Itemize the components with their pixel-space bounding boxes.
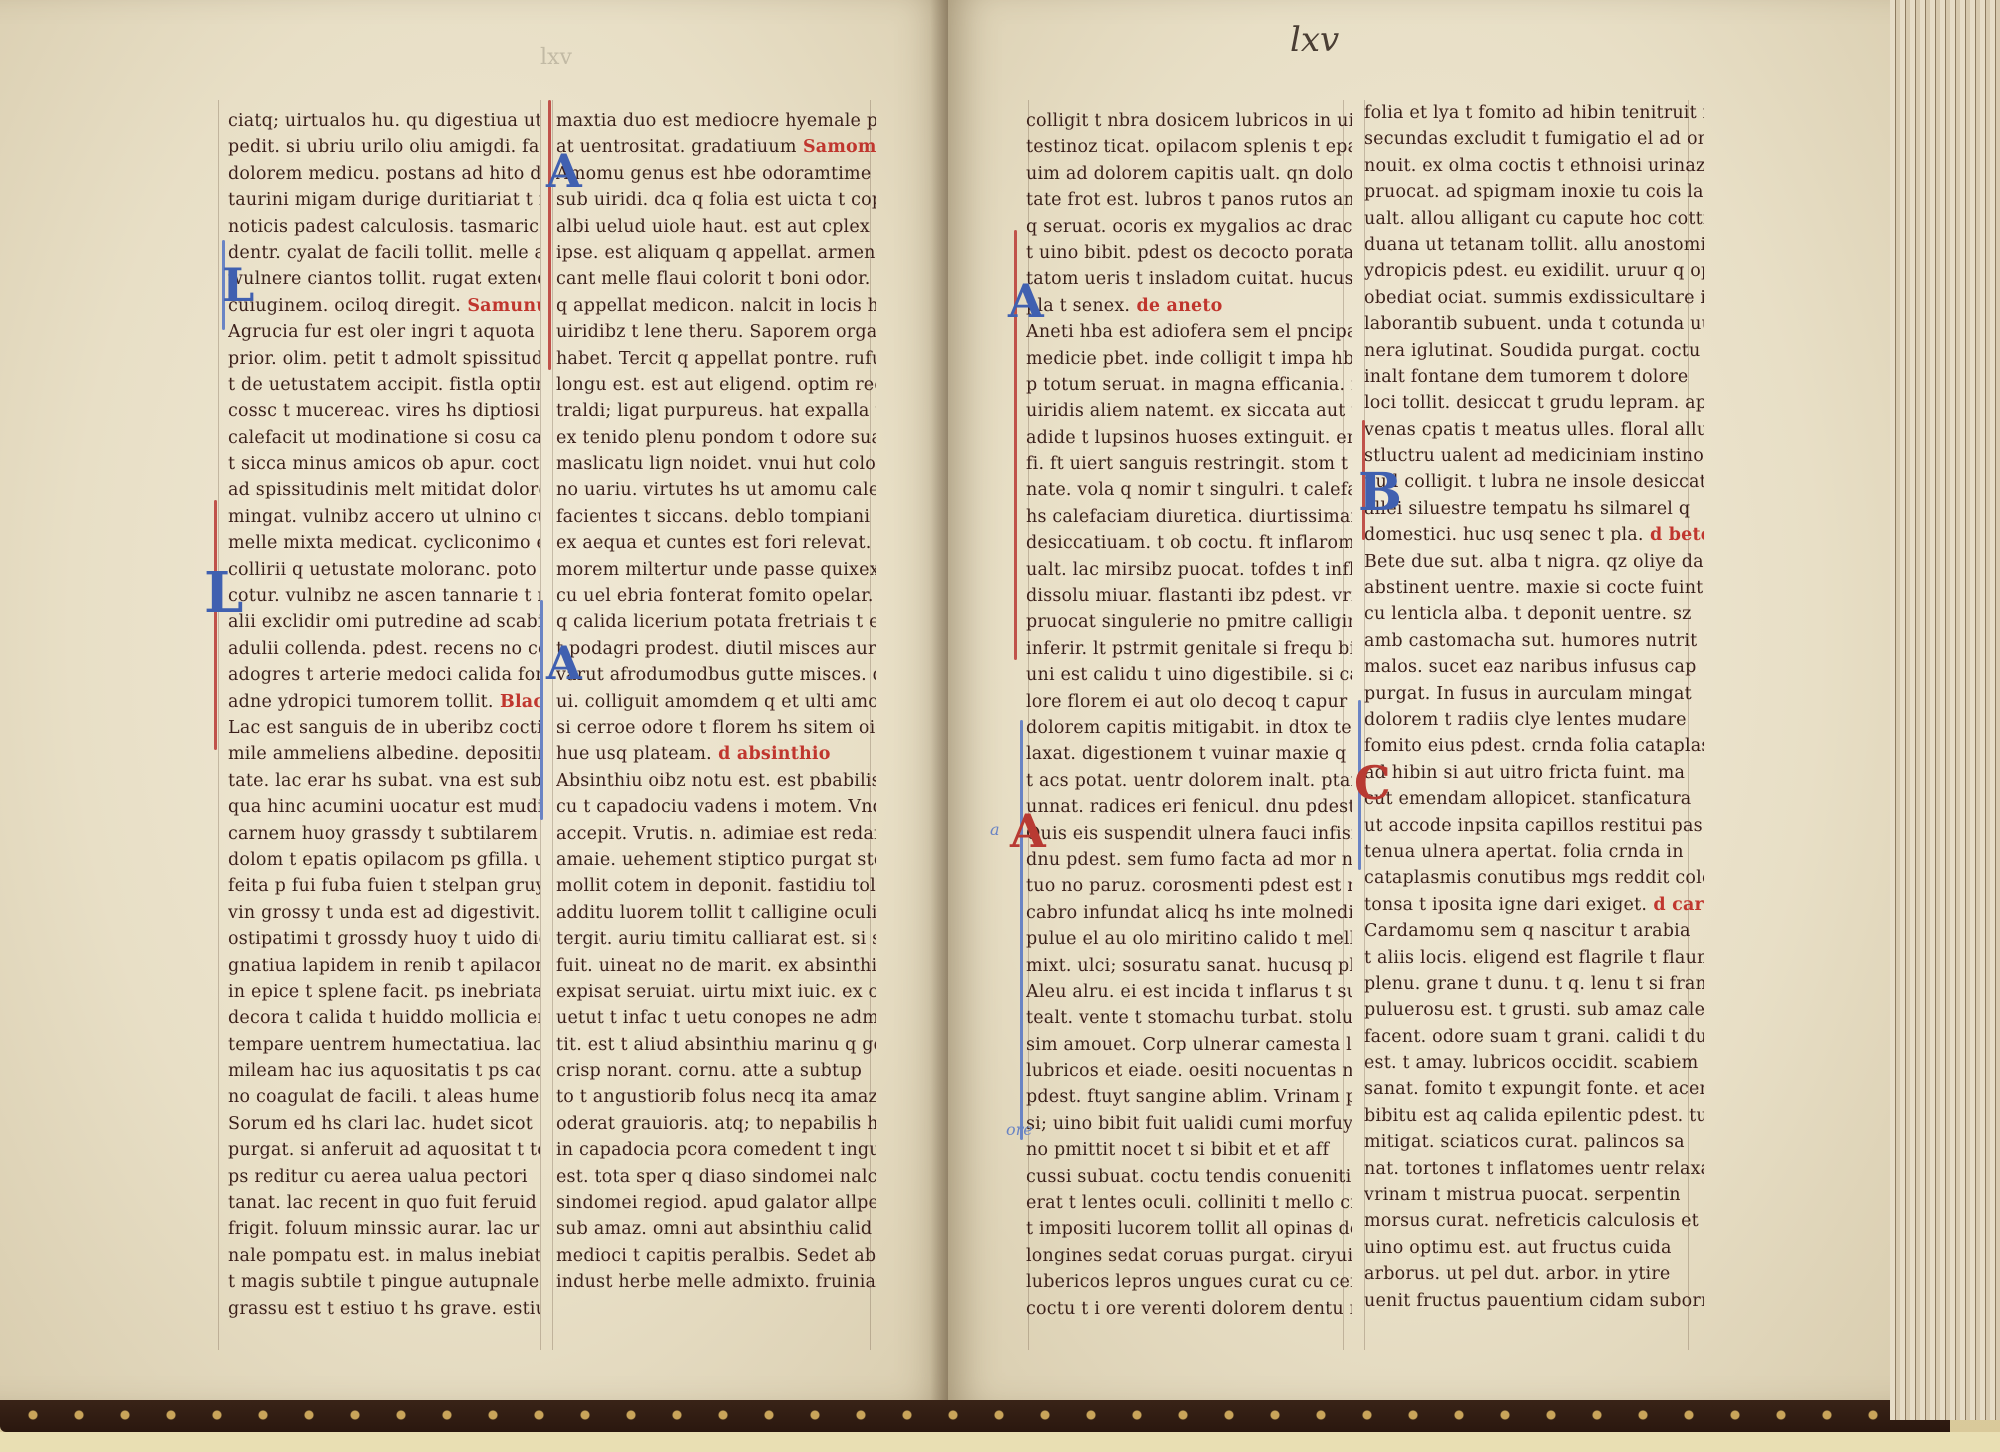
text-line: cussi subuat. coctu tendis conueniti pod… xyxy=(1026,1164,1352,1190)
line-text: dissolu miuar. flastanti ibz pdest. vrin… xyxy=(1026,586,1352,606)
text-line: medicie pbet. inde colligit t impa hba s… xyxy=(1026,346,1352,372)
text-line: cotur. vulnibz ne ascen tannarie t nat xyxy=(228,583,540,609)
text-line: in capadocia pcora comedent t ingugia xyxy=(556,1137,876,1163)
line-text: ex tenido plenu pondom t odore suane q xyxy=(556,428,876,448)
line-text: ut accode inpsita capillos restitui pas xyxy=(1364,816,1703,836)
line-text: Aneti hba est adiofera sem el pncipalit … xyxy=(1026,322,1352,342)
text-line: obediat ociat. summis exdissicultare ith xyxy=(1364,285,1704,311)
text-line: albi uelud uiole haut. est aut cplex amo… xyxy=(556,214,876,240)
text-line: p totum seruat. in magna efficania. radi… xyxy=(1026,372,1352,398)
line-text: pruocat. ad spigmam inoxie tu cois lanri… xyxy=(1364,182,1704,202)
line-text: no uariu. virtutes hs ut amomu calef xyxy=(556,480,876,500)
initial-L-agrucia: L xyxy=(222,262,254,308)
text-line: mingat. vulnibz accero ut ulnino cu xyxy=(228,504,540,530)
line-text: adne ydropici tumorem tollit. xyxy=(228,692,494,712)
text-line: frigit. foluum minssic aurar. lac ur xyxy=(228,1216,540,1242)
line-text: tealt. vente t stomachu turbat. stolu si… xyxy=(1026,1008,1352,1028)
line-text: tate. lac erar hs subat. vna est subtil … xyxy=(228,771,540,791)
line-text: arborus. ut pel dut. arbor. in ytire xyxy=(1364,1264,1670,1284)
line-text: mollit cotem in deponit. fastidiu tollit… xyxy=(556,876,876,896)
line-text: longu est. est aut eligend. optim recet xyxy=(556,375,876,395)
line-text: mileam hac ius aquositatis t ps cada xyxy=(228,1061,540,1081)
text-line: mollit cotem in deponit. fastidiu tollit… xyxy=(556,873,876,899)
text-line: facent. odore suam t grani. calidi t dur… xyxy=(1364,1024,1704,1050)
line-text: cut emendam allopicet. stanficatura xyxy=(1364,789,1691,809)
line-text: cu t capadociu vadens i motem. Vnde nom xyxy=(556,797,876,817)
line-text: mingat. vulnibz accero ut ulnino cu xyxy=(228,507,540,527)
line-text: tempare uentrem humectatiua. lac xyxy=(228,1035,540,1055)
line-text: cant melle flaui colorit t boni odor. al… xyxy=(556,269,876,289)
text-line: no pmittit nocet t si bibit et et aff xyxy=(1026,1137,1352,1163)
text-line: inalt fontane dem tumorem t dolore xyxy=(1364,364,1704,390)
line-text: laxat. digestionem t vuinar maxie q coct xyxy=(1026,744,1352,764)
line-text: tenua ulnera apertat. folia crnda in xyxy=(1364,842,1684,862)
background-surface xyxy=(0,1432,2000,1452)
text-line: mileam hac ius aquositatis t ps cada xyxy=(228,1058,540,1084)
line-text: noticis padest calculosis. tasmarica me xyxy=(228,217,540,237)
text-line: cu uel ebria fonterat fomito opelar. hu xyxy=(556,583,876,609)
line-text: cotur. vulnibz ne ascen tannarie t nat xyxy=(228,586,540,606)
text-line: fuit. uineat no de marit. ex absinthiu xyxy=(556,953,876,979)
text-line: dolorem t radiis clye lentes mudare xyxy=(1364,707,1704,733)
text-line: amaie. uehement stiptico purgat stom uer… xyxy=(556,847,876,873)
line-text: p totum seruat. in magna efficania. radi… xyxy=(1026,375,1352,395)
text-line: nera iglutinat. Soudida purgat. coctu xyxy=(1364,338,1704,364)
line-text: folia et lya t fomito ad hibin tenitruit… xyxy=(1364,103,1704,123)
line-text: crisp norant. cornu. atte a subtup xyxy=(556,1061,862,1081)
line-text: duana ut tetanam tollit. allu anostomia xyxy=(1364,235,1704,255)
line-text: t de uetustatem accipit. fistla optima q xyxy=(228,375,540,395)
text-line: inferir. lt pstrmit genitale si frequ bi… xyxy=(1026,636,1352,662)
line-text: Quis eis suspendit ulnera fauci infisios… xyxy=(1026,824,1352,844)
line-text: t magis subtile t pingue autupnale xyxy=(228,1272,539,1292)
ruling-line xyxy=(552,100,553,1350)
line-text: taurini migam durige duritiariat t nesci… xyxy=(228,190,540,210)
line-text: lubericos lepros ungues curat cu cerit t… xyxy=(1026,1272,1352,1292)
line-text: ad spissitudinis melt mitidat dolore ocu… xyxy=(228,480,540,500)
line-text: mitigat. sciaticos curat. palincos sa xyxy=(1364,1132,1685,1152)
text-line: facientes t siccans. deblo tompiani ocul… xyxy=(556,504,876,530)
text-line: t de uetustatem accipit. fistla optima q xyxy=(228,372,540,398)
text-line: pla t senex. de aneto xyxy=(1026,293,1352,319)
line-text: sub amaz. omni aut absinthiu calid est xyxy=(556,1219,876,1239)
line-text: inferir. lt pstrmit genitale si frequ bi… xyxy=(1026,639,1352,659)
text-line: cu lenticla alba. t deponit uentre. sz xyxy=(1364,601,1704,627)
line-text: dolorem t radiis clye lentes mudare xyxy=(1364,710,1687,730)
text-line: expisat seruiat. uirtu mixt iuic. ex ole xyxy=(556,979,876,1005)
text-line: melle mixta medicat. cycliconimo et xyxy=(228,530,540,556)
line-text: collirii q uetustate moloranc. poto mi xyxy=(228,560,540,580)
line-text: habet. Tercit q appellat pontre. rufu no xyxy=(556,349,876,369)
line-text: Amomu genus est hbe odoramtime colorat xyxy=(556,164,876,184)
text-line: traldi; ligat purpureus. hat expalla t xyxy=(556,398,876,424)
text-line: cabro infundat alicq hs inte molnedi pue xyxy=(1026,900,1352,926)
line-text: Aleu alru. ei est incida t inflarus t su… xyxy=(1026,982,1352,1002)
text-line: Lac est sanguis de in uberibz cocti. de … xyxy=(228,715,540,741)
line-text: wulnere ciantos tollit. rugat extendit xyxy=(228,269,540,289)
text-line: erat t lentes oculi. colliniti t mello c… xyxy=(1026,1190,1352,1216)
line-text: pdest. ftuyt sangine ablim. Vrinam pruoc… xyxy=(1026,1087,1352,1107)
text-line: Sorum ed hs clari lac. hudet sicot xyxy=(228,1111,540,1137)
text-line: coctu t i ore verenti dolorem dentu ming… xyxy=(1026,1296,1352,1322)
text-line: maslicatu lign noidet. vnui hut colore xyxy=(556,451,876,477)
text-line: noticis padest calculosis. tasmarica me xyxy=(228,214,540,240)
line-text: abstinent uentre. maxie si cocte fuint xyxy=(1364,578,1703,598)
text-line: duana ut tetanam tollit. allu anostomia xyxy=(1364,232,1704,258)
text-line: tonsa t iposita igne dari exiget. d card… xyxy=(1364,892,1704,918)
text-line: pruocat. ad spigmam inoxie tu cois lanri… xyxy=(1364,179,1704,205)
text-line: ad hibin si aut uitro fricta fuint. ma xyxy=(1364,760,1704,786)
line-text: q seruat. ocoris ex mygalios ac draconis… xyxy=(1026,217,1352,237)
text-line: laxat. digestionem t vuinar maxie q coct xyxy=(1026,741,1352,767)
text-line: grassu est t estiuo t hs grave. estiuale xyxy=(228,1296,540,1322)
text-line: lore florem ei aut olo decoq t capur ung… xyxy=(1026,689,1352,715)
line-text: sanat. fomito t expungit fonte. et acero xyxy=(1364,1079,1704,1099)
text-line: si; uino bibit fuit ualidi cumi morfuy xyxy=(1026,1111,1352,1137)
text-line: habet. Tercit q appellat pontre. rufu no xyxy=(556,346,876,372)
text-line: calefacit ut modinatione si cosu calido xyxy=(228,425,540,451)
text-line: domestici. huc usq senec t pla. d bete xyxy=(1364,522,1704,548)
line-text: mile ammeliens albedine. depositime t hi… xyxy=(228,744,540,764)
text-line: sub amaz. omni aut absinthiu calid est xyxy=(556,1216,876,1242)
text-line: uim ad dolorem capitis ualt. qn dolor ex… xyxy=(1026,161,1352,187)
text-line: ps reditur cu aerea ualua pectori xyxy=(228,1164,540,1190)
text-line: q calida licerium potata fretriais t epa… xyxy=(556,609,876,635)
line-text: tanat. lac recent in quo fuit feruid cal… xyxy=(228,1193,540,1213)
initial-C-cardamomu: C xyxy=(1354,760,1391,806)
line-text: uetut t infac t uetu conopes ne admit xyxy=(556,1008,876,1028)
line-text: pedit. si ubriu urilo oliu amigdi. facit… xyxy=(228,137,540,157)
line-text: tonsa t iposita igne dari exiget. xyxy=(1364,895,1647,915)
text-line: sanat. fomito t expungit fonte. et acero xyxy=(1364,1076,1704,1102)
text-line: ualt. lac mirsibz puocat. tofdes t infla… xyxy=(1026,557,1352,583)
line-text: nouit. ex olma coctis t ethnoisi urinaz xyxy=(1364,156,1704,176)
line-text: ciatq; uirtualos hu. qu digestiua utcrus… xyxy=(228,111,540,131)
text-line: ualt. allou alligant cu capute hoc cotti xyxy=(1364,206,1704,232)
page-fore-edge xyxy=(1890,0,2000,1420)
text-line: accepit. Vrutis. n. adimiae est redargui… xyxy=(556,821,876,847)
text-line: arborus. ut pel dut. arbor. in ytire xyxy=(1364,1261,1704,1287)
text-line: t magis subtile t pingue autupnale xyxy=(228,1269,540,1295)
line-text: dolom t epatis opilacom ps gfilla. uca xyxy=(228,850,540,870)
text-line: mitigat. sciaticos curat. palincos sa xyxy=(1364,1129,1704,1155)
text-line: nate. vola q nomir t singulri. t calefac… xyxy=(1026,477,1352,503)
line-text: nera iglutinat. Soudida purgat. coctu xyxy=(1364,341,1700,361)
line-text: dnu pdest. sem fumo facta ad mor narib s… xyxy=(1026,850,1352,870)
line-text: hue usq plateam. xyxy=(556,744,712,764)
line-text: obediat ociat. summis exdissicultare ith xyxy=(1364,288,1704,308)
text-line: uiridis aliem natemt. ex siccata aut ult… xyxy=(1026,398,1352,424)
line-text: laborantib subuent. unda t cotunda uul xyxy=(1364,314,1704,334)
text-line: fi. ft uiert sanguis restringit. stom t … xyxy=(1026,451,1352,477)
line-text: melle mixta medicat. cycliconimo et xyxy=(228,533,540,553)
text-line: feita p fui fuba fuien t stelpan gruy xyxy=(228,873,540,899)
text-line: amb castomacha sut. humores nutrit xyxy=(1364,628,1704,654)
text-line: sindomei regiod. apud galator allpes xyxy=(556,1190,876,1216)
text-line: pruocat singulerie no pmitre calligine o… xyxy=(1026,609,1352,635)
text-line: cu t capadociu vadens i motem. Vnde nom xyxy=(556,794,876,820)
text-line: tit. est t aliud absinthiu marinu q gdd xyxy=(556,1032,876,1058)
text-line: malos. sucet eaz naribus infusus cap xyxy=(1364,654,1704,680)
text-line: ydropicis pdest. eu exidilit. uruur q op… xyxy=(1364,258,1704,284)
line-text: malos. sucet eaz naribus infusus cap xyxy=(1364,657,1697,677)
text-line: adne ydropici tumorem tollit. Blacte xyxy=(228,689,540,715)
text-line: nouit. ex olma coctis t ethnoisi urinaz xyxy=(1364,153,1704,179)
text-line: taurini migam durige duritiariat t nesci… xyxy=(228,187,540,213)
text-line: secundas excludit t fumigatio el ad omia… xyxy=(1364,126,1704,152)
line-text: cu uel ebria fonterat fomito opelar. hu xyxy=(556,586,876,606)
text-line: prior. olim. petit t admolt spissitudine xyxy=(228,346,540,372)
line-text: Sorum ed hs clari lac. hudet sicot xyxy=(228,1114,533,1134)
text-line: ipse. est aliquam q appellat. armenicu xyxy=(556,240,876,266)
line-text: stluctru ualent ad mediciniam instino xyxy=(1364,446,1704,466)
line-text: venas cpatis t meatus ulles. floral allu xyxy=(1364,420,1704,440)
line-text: t uino bibit. pdest os decocto porata ue… xyxy=(1026,243,1352,263)
right-column-1: colligit t nbra dosicem lubricos in uice… xyxy=(1026,108,1352,1328)
text-line: cataplasmis conutibus mgs reddit colore xyxy=(1364,865,1704,891)
line-text: nate. vola q nomir t singulri. t calefac… xyxy=(1026,480,1352,500)
line-text: vin grossy t unda est ad digestivit. voc… xyxy=(228,903,540,923)
line-text: desiccatiuam. t ob coctu. ft inflarom me… xyxy=(1026,533,1352,553)
text-line: dolom t epatis opilacom ps gfilla. uca xyxy=(228,847,540,873)
initial-A-amomu: A xyxy=(546,148,582,194)
text-line: q appellat medicon. nalcit in locis huiu… xyxy=(556,293,876,319)
line-text: amaie. uehement stiptico purgat stom uer… xyxy=(556,850,876,870)
text-line: t impositi lucorem tollit all opinas dei… xyxy=(1026,1216,1352,1242)
blue-pen-flourish xyxy=(1020,720,1023,1140)
text-line: pdest. ftuyt sangine ablim. Vrinam pruoc… xyxy=(1026,1084,1352,1110)
text-line: folia et lya t fomito ad hibin tenitruit… xyxy=(1364,100,1704,126)
line-text: plenu. grane t dunu. t q. lenu t si fran… xyxy=(1364,974,1704,994)
ruling-line xyxy=(218,100,219,1350)
text-line: ex tenido plenu pondom t odore suane q xyxy=(556,425,876,451)
text-line: nat. tortones t inflatomes uentr relaxat xyxy=(1364,1156,1704,1182)
line-text: ex aequa et cuntes est fori relevat. hi xyxy=(556,533,876,553)
line-text: uenit fructus pauentium cidam suborn xyxy=(1364,1291,1704,1311)
line-text: tate frot est. lubros t panos rutos amur… xyxy=(1026,190,1352,210)
line-text: uiridis aliem natemt. ex siccata aut ult… xyxy=(1026,401,1352,421)
line-text: pulue el au olo miritino calido t melle xyxy=(1026,929,1352,949)
line-text: nat. tortones t inflatomes uentr relaxat xyxy=(1364,1159,1704,1179)
text-line: hue usq plateam. d absinthio xyxy=(556,741,876,767)
line-text: oderat grauioris. atq; to nepabilis hat … xyxy=(556,1114,876,1134)
text-line: puluerosu est. t grusti. sub amaz cale xyxy=(1364,997,1704,1023)
line-text: allei siluestre tempatu hs silmarel q xyxy=(1364,499,1690,519)
line-text: Lac est sanguis de in uberibz cocti. de … xyxy=(228,718,540,738)
text-line: Bete due sut. alba t nigra. qz oliye dar… xyxy=(1364,549,1704,575)
line-text: Bete due sut. alba t nigra. qz oliye dar… xyxy=(1364,552,1704,572)
line-text: morsus curat. nefreticis calculosis et xyxy=(1364,1211,1699,1231)
line-text: ostipatimi t grossdy huoy t uido dig xyxy=(228,929,540,949)
text-line: adogres t arterie medoci calida fonta xyxy=(228,662,540,688)
initial-B-bete: B xyxy=(1358,470,1402,516)
line-text: facent. odore suam t grani. calidi t dur… xyxy=(1364,1027,1704,1047)
line-text: uino optimu est. aut fructus cuida xyxy=(1364,1238,1672,1258)
text-line: uuil colligit. t lubra ne insole desicca… xyxy=(1364,469,1704,495)
text-line: est. tota sper q diaso sindomei nalcens xyxy=(556,1164,876,1190)
text-line: purgat. si anferuit ad aquositat t toman… xyxy=(228,1137,540,1163)
line-text: ydropicis pdest. eu exidilit. uruur q op… xyxy=(1364,261,1704,281)
initial-A-absinthiu: A xyxy=(546,640,582,686)
text-line: lubericos lepros ungues curat cu cerit t… xyxy=(1026,1269,1352,1295)
text-line: loci tollit. desiccat t grudu lepram. ap… xyxy=(1364,390,1704,416)
line-text: est. tota sper q diaso sindomei nalcens xyxy=(556,1167,876,1187)
line-text: traldi; ligat purpureus. hat expalla t xyxy=(556,401,876,421)
line-text: ad hibin si aut uitro fricta fuint. ma xyxy=(1364,763,1685,783)
rubric-heading: d bete xyxy=(1644,525,1704,545)
text-line: alii exclidir omi putredine ad scabie xyxy=(228,609,540,635)
text-line: adulii collenda. pdest. recens no cocta … xyxy=(228,636,540,662)
text-line: bibitu est aq calida epilentic pdest. tu… xyxy=(1364,1103,1704,1129)
line-text: adogres t arterie medoci calida fonta xyxy=(228,665,540,685)
text-line: tatom ueris t insladom cuitat. hucusq xyxy=(1026,266,1352,292)
line-text: cussi subuat. coctu tendis conueniti pod… xyxy=(1026,1167,1352,1187)
text-line: uetut t infac t uetu conopes ne admit xyxy=(556,1005,876,1031)
line-text: puluerosu est. t grusti. sub amaz cale xyxy=(1364,1000,1704,1020)
text-line: tate frot est. lubros t panos rutos amur… xyxy=(1026,187,1352,213)
text-line: tanat. lac recent in quo fuit feruid cal… xyxy=(228,1190,540,1216)
line-text: uiridibz t lene theru. Saporem organi xyxy=(556,322,876,342)
line-text: dolorem capitis mitigabit. in dtox tensi… xyxy=(1026,718,1352,738)
line-text: uni est calidu t uino digestibile. si ca… xyxy=(1026,665,1352,685)
text-line: morsus curat. nefreticis calculosis et xyxy=(1364,1208,1704,1234)
binding-cover-edge xyxy=(0,1398,1950,1432)
text-line: oderat grauioris. atq; to nepabilis hat … xyxy=(556,1111,876,1137)
line-text: medioci t capitis peralbis. Sedet abstin… xyxy=(556,1246,876,1266)
line-text: in capadocia pcora comedent t ingugia xyxy=(556,1140,876,1160)
line-text: expisat seruiat. uirtu mixt iuic. ex ole xyxy=(556,982,876,1002)
text-line: nale pompatu est. in malus inebiat xyxy=(228,1243,540,1269)
line-text: longines sedat coruas purgat. ciryui ru xyxy=(1026,1246,1352,1266)
line-text: uuil colligit. t lubra ne insole desicca… xyxy=(1364,472,1704,492)
line-text: adide t lupsinos huoses extinguit. emoro… xyxy=(1026,428,1352,448)
ghost-folio-number: lxv xyxy=(540,45,572,70)
text-line: tate. lac erar hs subat. vna est subtil … xyxy=(228,768,540,794)
line-text: morem miltertur unde passe quixexi sedat xyxy=(556,560,876,580)
text-line: ui. colliguit amomdem q et ulti amomo xyxy=(556,689,876,715)
text-line: purgat. In fusus in aurculam mingat xyxy=(1364,681,1704,707)
text-line: testinoz ticat. opilacom splenis t epati… xyxy=(1026,134,1352,160)
text-line: morem miltertur unde passe quixexi sedat xyxy=(556,557,876,583)
line-text: inalt fontane dem tumorem t dolore xyxy=(1364,367,1688,387)
left-column-1: ciatq; uirtualos hu. qu digestiua utcrus… xyxy=(228,108,540,1328)
text-line: venas cpatis t meatus ulles. floral allu xyxy=(1364,417,1704,443)
folio-number: lxv xyxy=(1290,20,1339,60)
line-text: cabro infundat alicq hs inte molnedi pue xyxy=(1026,903,1352,923)
text-line: at uentrositat. gradatiuum Samomo xyxy=(556,134,876,160)
line-text: t podagri prodest. diutil misces aurdoti… xyxy=(556,639,876,659)
line-text: no pmittit nocet t si bibit et et aff xyxy=(1026,1140,1329,1160)
text-line: abstinent uentre. maxie si cocte fuint xyxy=(1364,575,1704,601)
initial-L-lac: L xyxy=(204,570,243,616)
line-text: medicie pbet. inde colligit t impa hba s… xyxy=(1026,349,1352,369)
rubric-heading: Samomo xyxy=(797,137,876,157)
line-text: amb castomacha sut. humores nutrit xyxy=(1364,631,1697,651)
line-text: erat t lentes oculi. colliniti t mello c… xyxy=(1026,1193,1352,1213)
line-text: coctu t i ore verenti dolorem dentu ming… xyxy=(1026,1299,1352,1319)
line-text: nale pompatu est. in malus inebiat xyxy=(228,1246,540,1266)
catchword: ore xyxy=(1006,1120,1033,1139)
line-text: indust herbe melle admixto. fruiniaio dz xyxy=(556,1272,876,1292)
text-line: t acs potat. uentr dolorem inalt. ptarat… xyxy=(1026,768,1352,794)
line-text: si; uino bibit fuit ualidi cumi morfuy xyxy=(1026,1114,1352,1134)
line-text: no coagulat de facili. t aleas humectar xyxy=(228,1087,540,1107)
text-line: additu luorem tollit t calligine oculi d… xyxy=(556,900,876,926)
text-line: si cerroe odore t florem hs sitem oigano… xyxy=(556,715,876,741)
line-text: frigit. foluum minssic aurar. lac ur xyxy=(228,1219,539,1239)
left-column-2: maxtia duo est mediocre hyemale pessimia… xyxy=(556,108,876,1328)
text-line: varut afrodumodbus gutte misces. quicte xyxy=(556,662,876,688)
line-text: est. t amay. lubricos occidit. scabiem xyxy=(1364,1053,1698,1073)
text-line: longines sedat coruas purgat. ciryui ru xyxy=(1026,1243,1352,1269)
right-column-2: folia et lya t fomito ad hibin tenitruit… xyxy=(1364,100,1704,1320)
text-line: allei siluestre tempatu hs silmarel q xyxy=(1364,496,1704,522)
text-line: t aliis locis. eligend est flagrile t fl… xyxy=(1364,945,1704,971)
line-text: vrinam t mistrua puocat. serpentin xyxy=(1364,1185,1681,1205)
text-line: desiccatiuam. t ob coctu. ft inflarom me… xyxy=(1026,530,1352,556)
line-text: fomito eius pdest. crnda folia cataplasm xyxy=(1364,736,1704,756)
line-text: cuiuginem. ociloq diregit. xyxy=(228,296,461,316)
text-line: t podagri prodest. diutil misces aurdoti… xyxy=(556,636,876,662)
text-line: no coagulat de facili. t aleas humectar xyxy=(228,1084,540,1110)
line-text: maxtia duo est mediocre hyemale pessimi xyxy=(556,111,876,131)
text-line: adide t lupsinos huoses extinguit. emoro… xyxy=(1026,425,1352,451)
line-text: qua hinc acumini uocatur est mudis xyxy=(228,797,540,817)
manuscript-spread: lxv ciatq; uirtualos hu. qu digestiua ut… xyxy=(0,0,2000,1452)
line-text: Agrucia fur est oler ingri t aquota cu xyxy=(228,322,540,342)
text-line: t sicca minus amicos ob apur. cocti ad xyxy=(228,451,540,477)
text-line: mixt. ulci; sosuratu sanat. hucusq pla t… xyxy=(1026,953,1352,979)
text-line: Absinthiu oibz notu est. est pbabilis es… xyxy=(556,768,876,794)
line-text: colligit t nbra dosicem lubricos in uice… xyxy=(1026,111,1352,131)
text-line: Aleu alru. ei est incida t inflarus t su… xyxy=(1026,979,1352,1005)
text-line: laborantib subuent. unda t cotunda uul xyxy=(1364,311,1704,337)
line-text: unnat. radices eri fenicul. dnu pdest xyxy=(1026,797,1352,817)
line-text: dentr. cyalat de facili tollit. melle ad… xyxy=(228,243,540,263)
left-page: lxv ciatq; uirtualos hu. qu digestiua ut… xyxy=(0,0,950,1400)
line-text: tergit. auriu timitu calliarat est. si s… xyxy=(556,929,876,949)
line-text: cossc t mucereac. vires hs diptiosinado xyxy=(228,401,540,421)
initial-A-aneti: A xyxy=(1008,278,1044,324)
text-line: uni est calidu t uino digestibile. si ca… xyxy=(1026,662,1352,688)
text-line: uino optimu est. aut fructus cuida xyxy=(1364,1235,1704,1261)
text-line: crisp norant. cornu. atte a subtup xyxy=(556,1058,876,1084)
text-line: ex aequa et cuntes est fori relevat. hi xyxy=(556,530,876,556)
text-line: no uariu. virtutes hs ut amomu calef xyxy=(556,477,876,503)
text-line: tenua ulnera apertat. folia crnda in xyxy=(1364,839,1704,865)
text-line: sub uiridi. dca q folia est uicta t copi… xyxy=(556,187,876,213)
text-line: pulue el au olo miritino calido t melle … xyxy=(1026,926,1352,952)
rubric-heading: Blacte xyxy=(494,692,540,712)
text-line: dolorem capitis mitigabit. in dtox tensi… xyxy=(1026,715,1352,741)
line-text: uim ad dolorem capitis ualt. qn dolor ex… xyxy=(1026,164,1352,184)
text-line: t uino bibit. pdest os decocto porata ue… xyxy=(1026,240,1352,266)
line-text: feita p fui fuba fuien t stelpan gruy xyxy=(228,876,540,896)
line-text: purgat. In fusus in aurculam mingat xyxy=(1364,684,1692,704)
text-line: hs calefaciam diuretica. diurtissimam xyxy=(1026,504,1352,530)
line-text: ualt. allou alligant cu capute hoc cotti xyxy=(1364,209,1704,229)
rubric-heading: de aneto xyxy=(1130,296,1222,316)
text-line: mile ammeliens albedine. depositime t hi… xyxy=(228,741,540,767)
text-line: collirii q uetustate moloranc. poto mi xyxy=(228,557,540,583)
line-text: facientes t siccans. deblo tompiani ocul… xyxy=(556,507,876,527)
line-text: bibitu est aq calida epilentic pdest. tu… xyxy=(1364,1106,1704,1126)
line-text: t acs potat. uentr dolorem inalt. ptarat… xyxy=(1026,771,1352,791)
line-text: in epice t splene facit. ps inebriata ca xyxy=(228,982,540,1002)
text-line: decora t calida t huiddo mollicia er xyxy=(228,1005,540,1031)
line-text: to t angustiorib folus necq ita amaz. de xyxy=(556,1087,876,1107)
line-text: tit. est t aliud absinthiu marinu q gdd xyxy=(556,1035,876,1055)
